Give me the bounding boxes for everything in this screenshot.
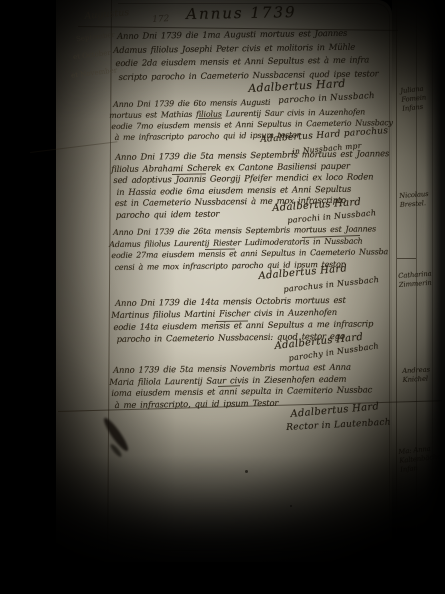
ink-speck bbox=[245, 470, 248, 473]
ink-speck bbox=[290, 505, 292, 507]
margin-note-catharina: Catharina Zimmerin bbox=[398, 270, 433, 290]
margin-note-maria-anna: Ma: Anna Kaltenbächerin Infan bbox=[398, 443, 445, 475]
year-title: Annus 1739 bbox=[186, 3, 297, 23]
margin-note-rule bbox=[397, 258, 416, 259]
photo-of-burial-register-page: Annus 1739 Augustus 172 September et Oct… bbox=[0, 0, 445, 594]
note-line: Knichel bbox=[402, 375, 430, 385]
burial-entry-4: Anno Dni 1739 die 26ta mensis Septembris… bbox=[113, 223, 388, 273]
folio-number: 172 bbox=[152, 14, 170, 25]
margin-note-nicolaus: Nicolaus Brestel. bbox=[399, 190, 429, 210]
strip-vertical-rule-3 bbox=[432, 0, 433, 556]
margin-note-andreas: Andreas Knichel bbox=[402, 366, 431, 385]
strip-vertical-rule-1 bbox=[396, 0, 397, 556]
margin-note-juliana: Juliana Fomein Infans bbox=[400, 84, 428, 113]
